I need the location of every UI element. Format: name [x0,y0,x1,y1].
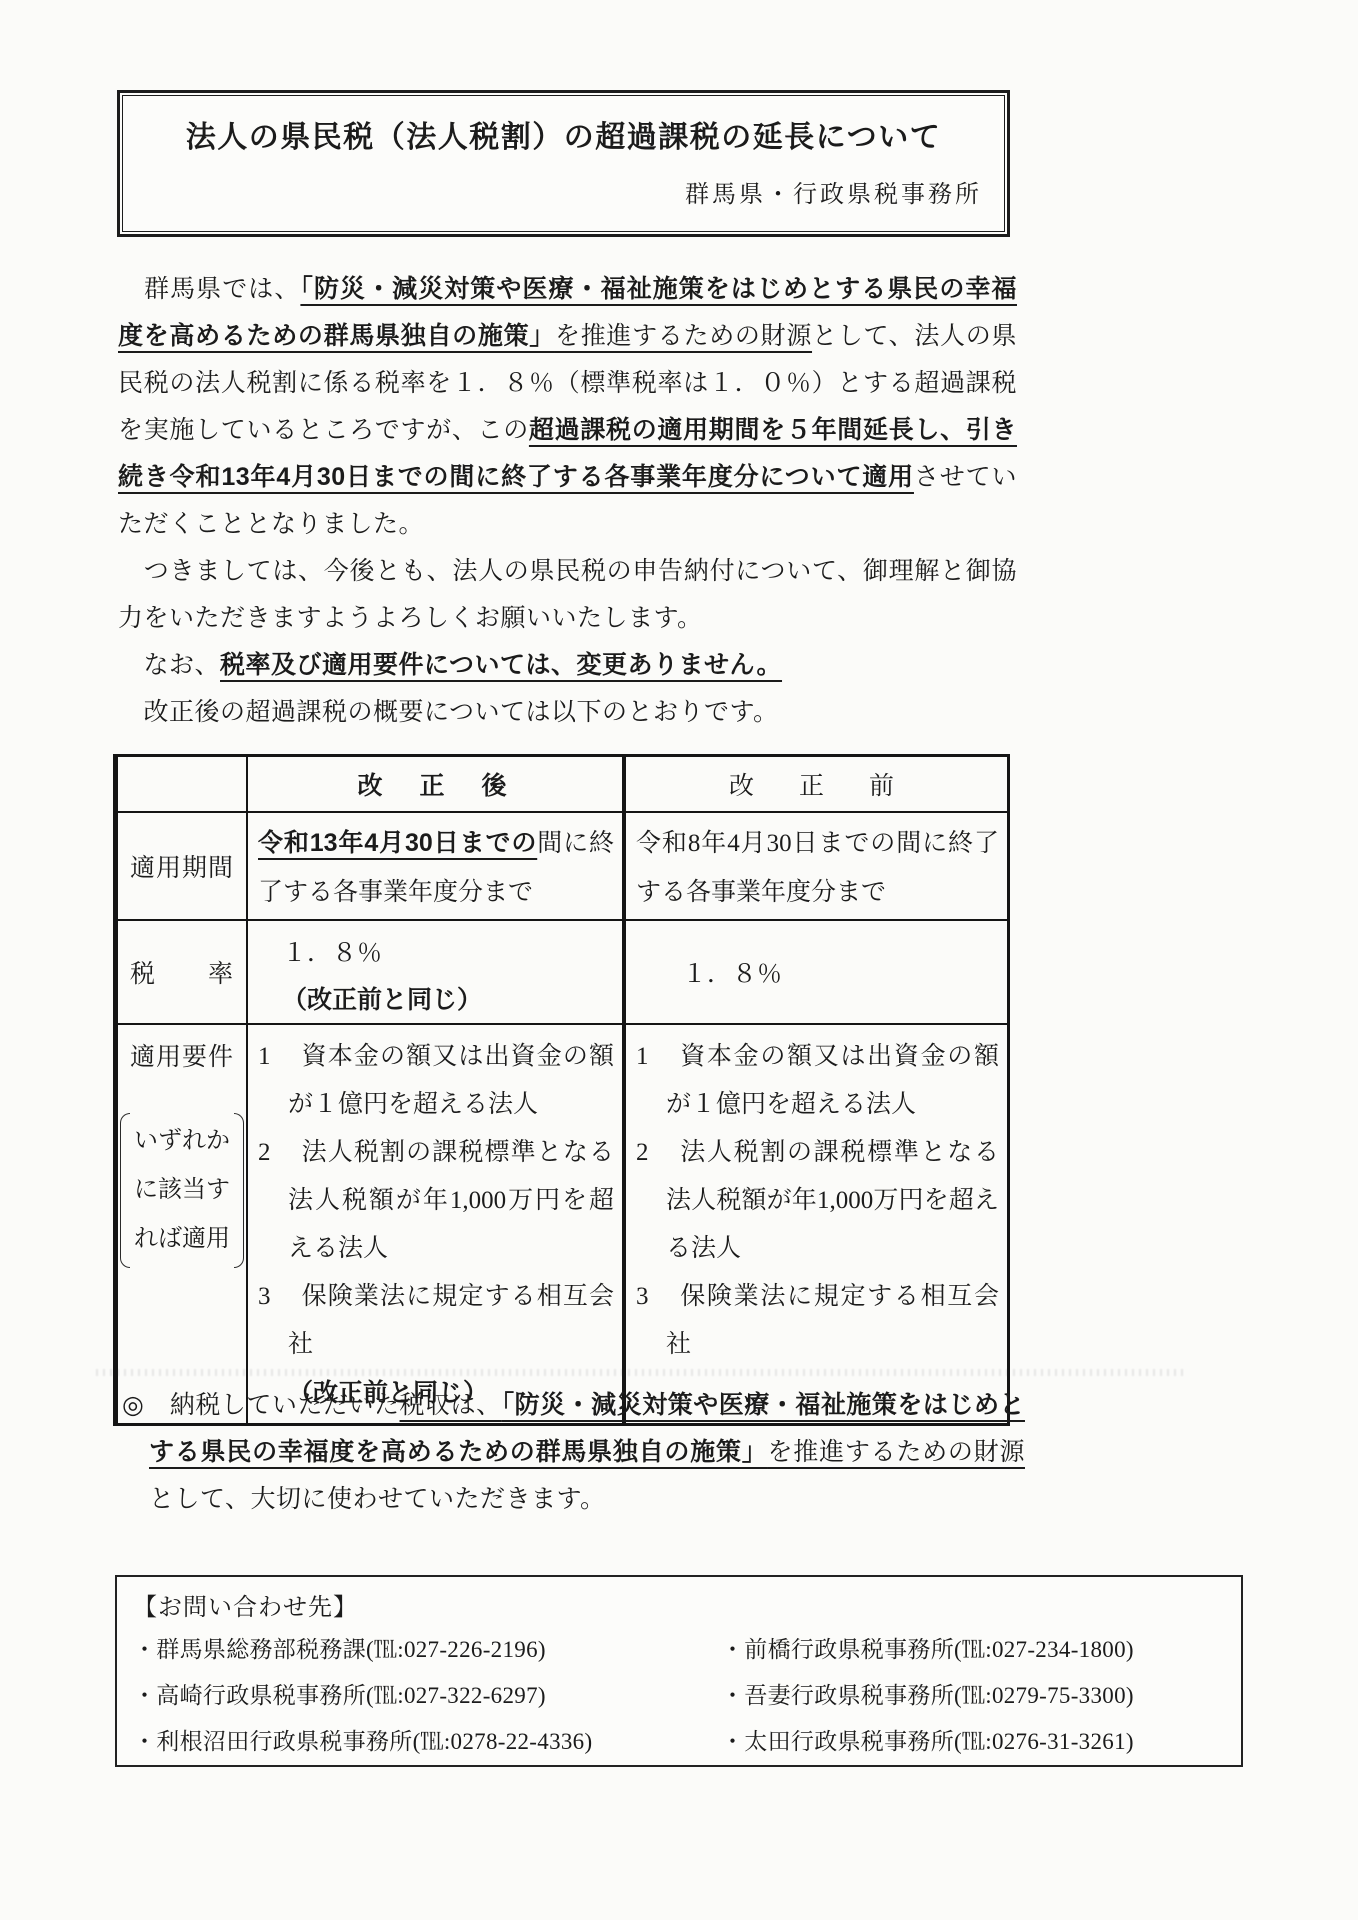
item-text: 資本金の額又は出資金の額が１億円を超える法人 [666,1043,999,1118]
bracket-note-line: に該当す [134,1166,230,1215]
requirement-item: 2法人税割の課税標準となる法人税額が年1,000万円を超える法人 [258,1129,614,1273]
period-after-cell: 令和13年4月30日までの間に終了する各事業年度分まで [248,811,626,919]
scanned-document-page: 法人の県民税（法人税割）の超過課税の延長について 群馬県・行政県税事務所 群馬県… [0,0,1358,1920]
paragraph-table-lead: 改正後の超過課税の概要については以下のとおりです。 [118,689,1017,736]
requirements-bracket-note: いずれか に該当す れば適用 [120,1113,244,1268]
left-bracket [120,1113,130,1268]
item-text: 保険業法に規定する相互会社 [666,1283,999,1358]
contact-list: ・群馬県総務部税務課(℡:027-226-2196) ・高崎行政県税事務所(℡:… [133,1624,1227,1762]
requirement-item: 3保険業法に規定する相互会社 [636,1273,999,1369]
title-box: 法人の県民税（法人税割）の超過課税の延長について 群馬県・行政県税事務所 [117,90,1010,237]
requirement-item: 1資本金の額又は出資金の額が１億円を超える法人 [636,1033,999,1129]
rate-before-cell: １．８％ [626,919,1007,1023]
rate-after-value: １．８％ [282,931,622,977]
row-label-requirements: 適用要件 いずれか に該当す れば適用 [118,1023,248,1423]
contact-entry: ・高崎行政県税事務所(℡:027-322-6297) [133,1670,721,1716]
right-bracket [234,1113,244,1268]
contact-box: 【お問い合わせ先】 ・群馬県総務部税務課(℡:027-226-2196) ・高崎… [115,1575,1243,1767]
item-text: 法人税割の課税標準となる法人税額が年1,000万円を超える法人 [666,1139,999,1262]
contact-entry: ・吾妻行政県税事務所(℡:0279-75-3300) [721,1670,1227,1716]
table-row-application-period: 適用期間 令和13年4月30日までの間に終了する各事業年度分まで 令和8年4月3… [118,811,1007,919]
issuer-name: 群馬県・行政県税事務所 [685,174,982,209]
contact-entry: ・前橋行政県税事務所(℡:027-234-1800) [721,1624,1227,1670]
header-cell-before-revision: 改 正 前 [626,757,1007,811]
item-number: 3 [636,1283,649,1310]
table-header-row: 改 正 後 改 正 前 [118,757,1007,811]
contact-heading: 【お問い合わせ先】 [133,1587,1227,1622]
item-number: 3 [258,1283,271,1310]
item-number: 2 [258,1139,271,1166]
item-text: 資本金の額又は出資金の額が１億円を超える法人 [288,1043,614,1118]
row-label-tax-rate: 税 率 [118,919,248,1023]
header-cell-after-revision: 改 正 後 [248,757,626,811]
requirements-before-cell: 1資本金の額又は出資金の額が１億円を超える法人 2法人税割の課税標準となる法人税… [626,1023,1007,1423]
bracket-note-line: れば適用 [134,1215,230,1264]
item-text: 保険業法に規定する相互会社 [288,1283,614,1358]
table-row-tax-rate: 税 率 １．８％ （改正前と同じ） １．８％ [118,919,1007,1023]
requirements-label: 適用要件 [130,1037,234,1073]
paragraph-no-change: なお、税率及び適用要件については、変更ありません。 [118,642,1017,689]
paragraph-intro: 群馬県では、「防災・減災対策や医療・福祉施策をはじめとする県民の幸福度を高めるた… [118,266,1017,548]
requirement-item: 2法人税割の課税標準となる法人税額が年1,000万円を超える法人 [636,1129,999,1273]
tax-usage-note: ◎ 納税していただいた税収は、「防災・減災対策や医療・福祉施策をはじめとする県民… [122,1382,1025,1523]
comparison-table: 改 正 後 改 正 前 適用期間 令和13年4月30日までの間に終了する各事業年… [113,754,1010,1426]
item-text: 法人税割の課税標準となる法人税額が年1,000万円を超える法人 [288,1139,614,1262]
scan-noise-band [96,1369,1186,1376]
rate-after-note: （改正前と同じ） [282,977,622,1023]
contact-entry: ・利根沼田行政県税事務所(℡:0278-22-4336) [133,1716,721,1762]
row-label-application-period: 適用期間 [118,811,248,919]
item-number: 1 [258,1043,271,1070]
contact-entry: ・群馬県総務部税務課(℡:027-226-2196) [133,1624,721,1670]
item-number: 1 [636,1043,649,1070]
title-box-inner-border: 法人の県民税（法人税割）の超過課税の延長について 群馬県・行政県税事務所 [122,95,1005,232]
bracket-note-lines: いずれか に該当す れば適用 [134,1113,230,1268]
period-before-cell: 令和8年4月30日までの間に終了する各事業年度分まで [626,811,1007,919]
requirements-after-cell: 1資本金の額又は出資金の額が１億円を超える法人 2法人税割の課税標準となる法人税… [248,1023,626,1423]
paragraph-request: つきましては、今後とも、法人の県民税の申告納付について、御理解と御協力をいただき… [118,548,1017,642]
requirement-item: 3保険業法に規定する相互会社 [258,1273,614,1369]
header-cell-empty [118,757,248,811]
contact-entry: ・太田行政県税事務所(℡:0276-31-3261) [721,1716,1227,1762]
table-row-requirements: 適用要件 いずれか に該当す れば適用 1資本金の額又は出資金の額が１億円を超え… [118,1023,1007,1423]
rate-after-cell: １．８％ （改正前と同じ） [248,919,626,1023]
requirement-item: 1資本金の額又は出資金の額が１億円を超える法人 [258,1033,614,1129]
body-text-block: 群馬県では、「防災・減災対策や医療・福祉施策をはじめとする県民の幸福度を高めるた… [118,266,1017,736]
page-title: 法人の県民税（法人税割）の超過課税の延長について [123,112,1004,156]
bracket-note-line: いずれか [134,1117,230,1166]
item-number: 2 [636,1139,649,1166]
